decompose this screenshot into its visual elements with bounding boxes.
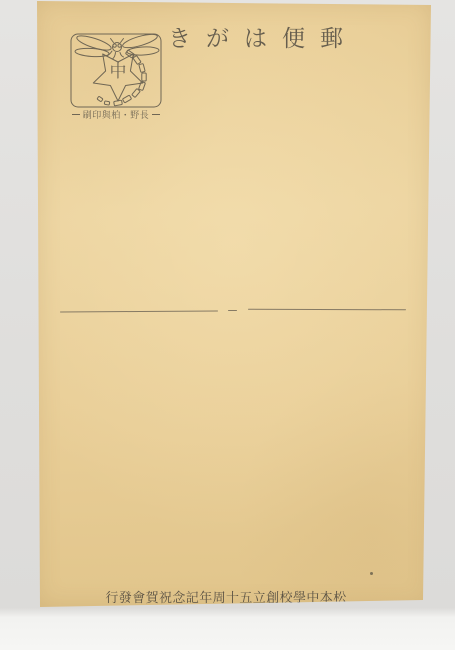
dragonfly-stamp-icon: 中 — [70, 33, 162, 109]
caption-left-dash — [72, 114, 80, 115]
star-badge-character: 中 — [110, 62, 127, 82]
caption-text: 刷印與柏・野長 — [83, 108, 150, 121]
address-divider-left — [60, 310, 218, 312]
caption-right-dash — [152, 114, 160, 115]
address-divider-dash — [228, 310, 237, 311]
stamp-printer-caption: 刷印與柏・野長 — [52, 108, 180, 121]
publisher-line: 行發會賀祝念記年周十五立創校學中本松 — [28, 587, 424, 606]
paper-speck — [370, 572, 373, 575]
address-divider-right — [248, 309, 406, 311]
postcard: きがは便郵 — [36, 1, 432, 608]
postcard-title: きがは便郵 — [168, 26, 358, 52]
